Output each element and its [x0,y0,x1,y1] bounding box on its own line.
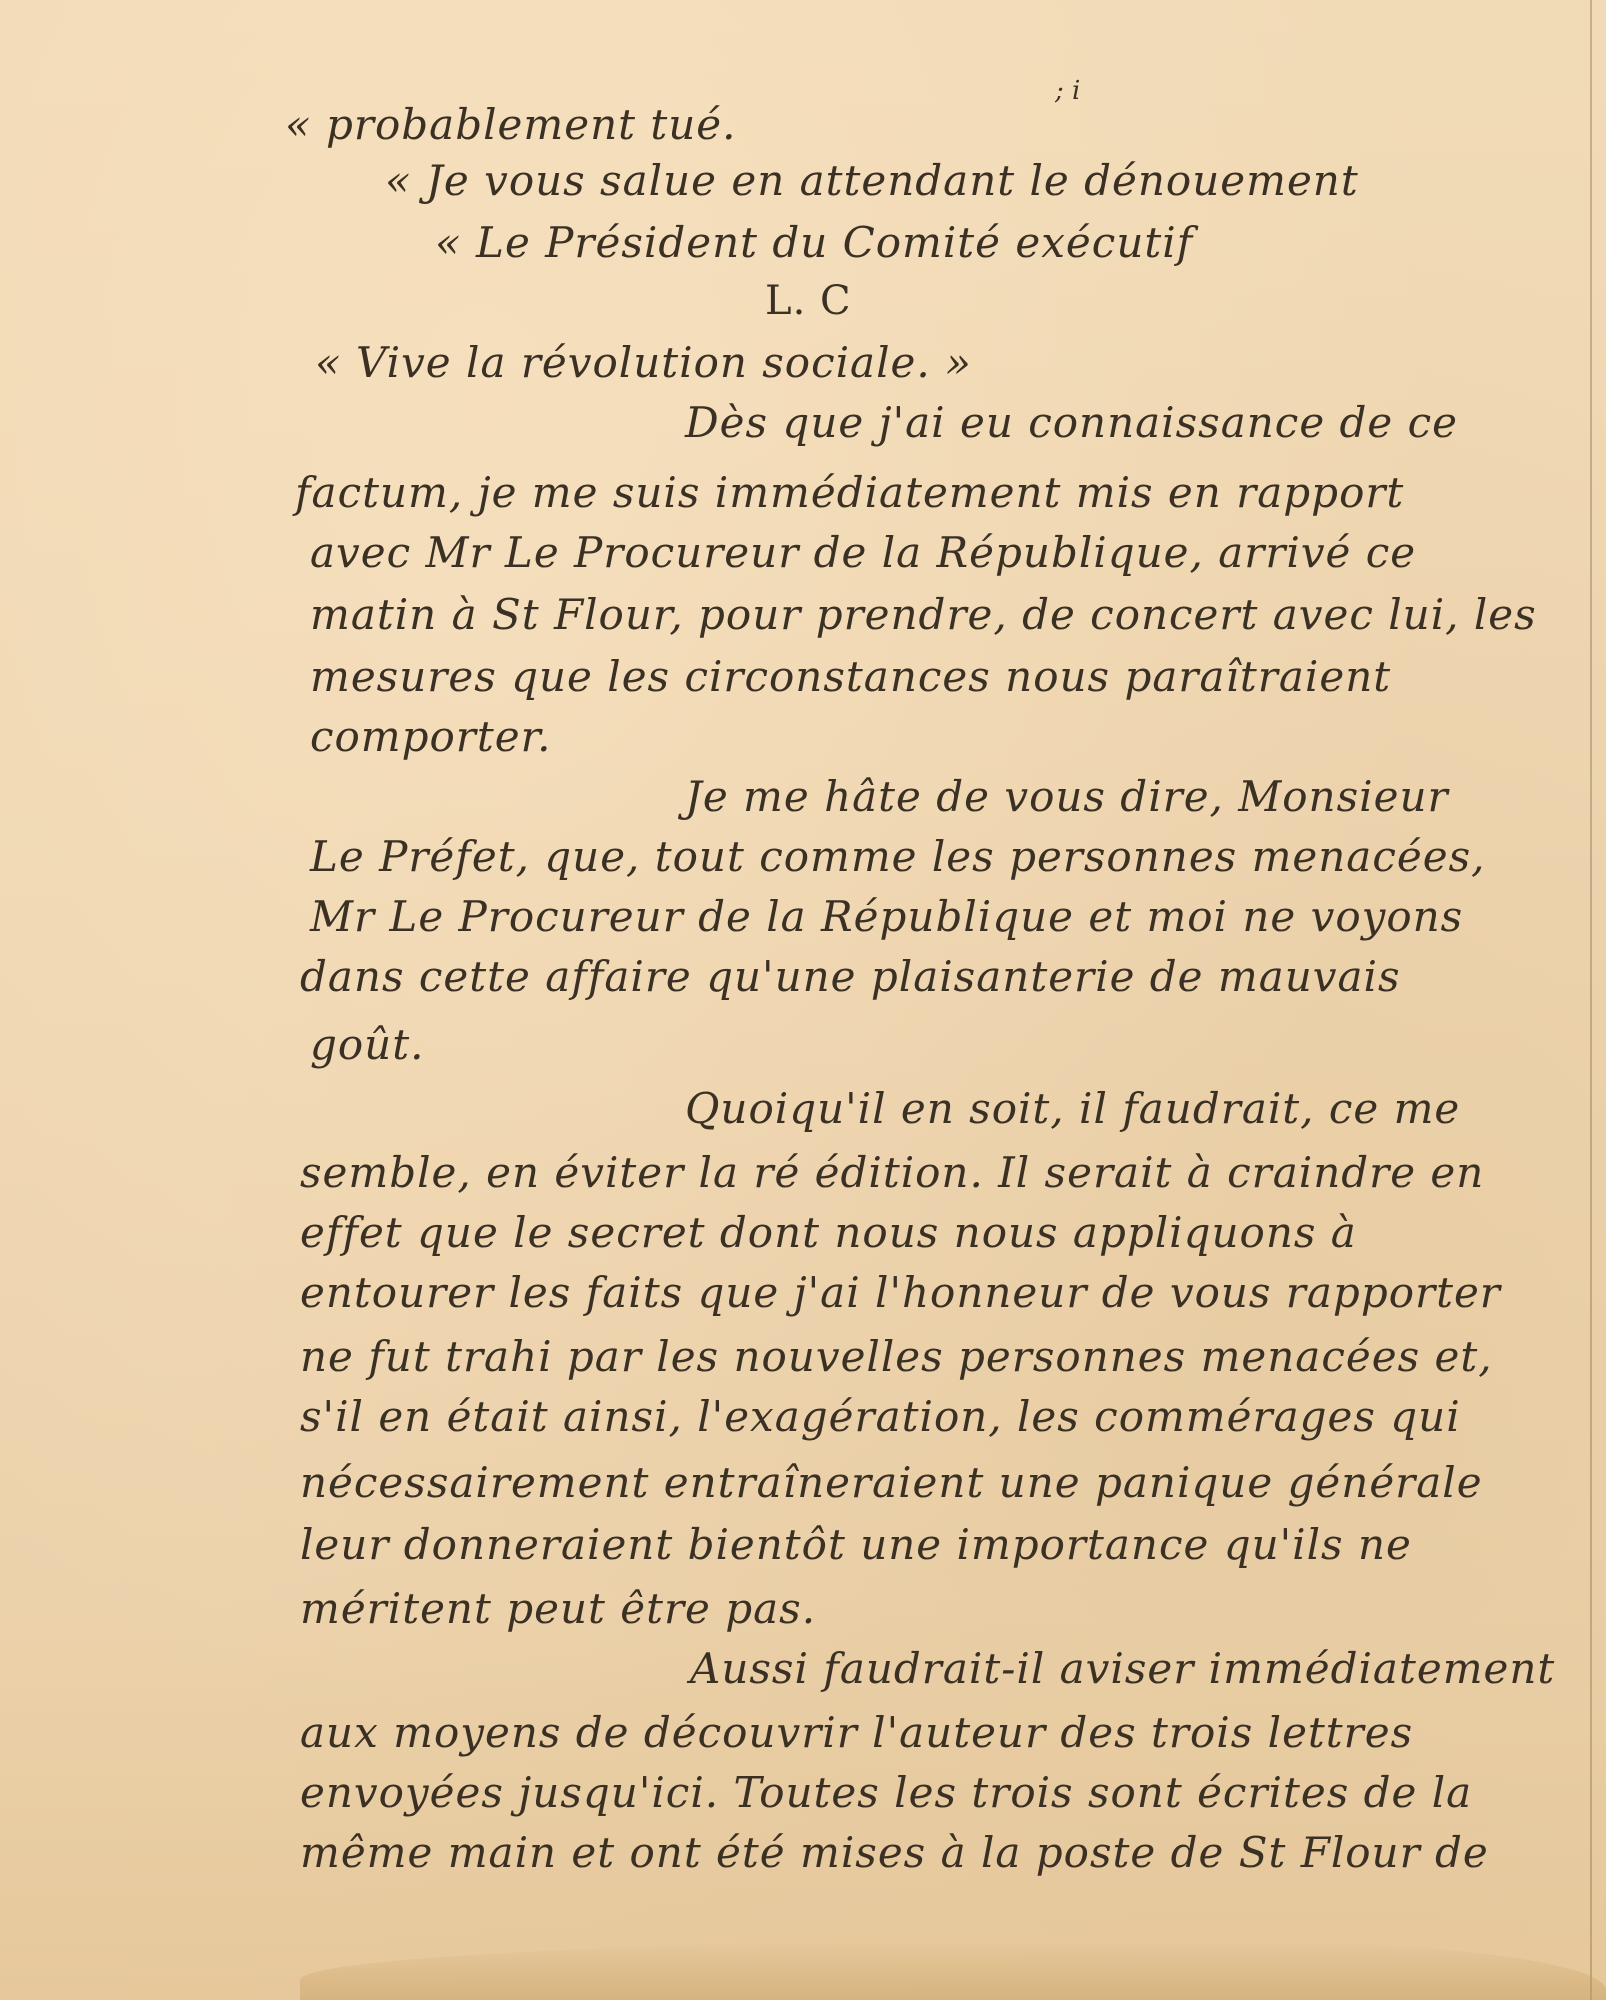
text-line: avec Mr Le Procureur de la République, a… [310,528,1416,577]
water-stain [300,1940,1606,2000]
text-line: même main et ont été mises à la poste de… [300,1828,1489,1877]
text-line: « Vive la révolution sociale. » [315,338,972,387]
text-line: semble, en éviter la ré édition. Il sera… [300,1148,1484,1197]
text-line: « Le Président du Comité exécutif [435,218,1193,267]
page-fold-line [1590,0,1592,2000]
text-line: aux moyens de découvrir l'auteur des tro… [300,1708,1413,1757]
text-line: Je me hâte de vous dire, Monsieur [685,772,1449,821]
text-line: effet que le secret dont nous nous appli… [300,1208,1357,1257]
text-line: Aussi faudrait-il aviser immédiatement [690,1644,1555,1693]
text-line: entourer les faits que j'ai l'honneur de… [300,1268,1501,1317]
text-line: comporter. [310,712,551,761]
text-line: « Je vous salue en attendant le dénoueme… [385,156,1359,205]
text-line: dans cette affaire qu'une plaisanterie d… [300,952,1401,1001]
text-line: Mr Le Procureur de la République et moi … [310,892,1463,941]
text-line: nécessairement entraîneraient une paniqu… [300,1458,1483,1507]
text-line: factum, je me suis immédiatement mis en … [295,468,1404,517]
text-line: Dès que j'ai eu connaissance de ce [685,398,1458,447]
manuscript-page: ; i « probablement tué. « Je vous salue … [0,0,1606,2000]
text-line: méritent peut être pas. [300,1584,816,1633]
signature-initials: L. C [765,278,852,324]
text-line: goût. [310,1020,424,1069]
text-line: mesures que les circonstances nous paraî… [310,652,1391,701]
text-line: Le Préfet, que, tout comme les personnes… [310,832,1486,881]
text-line: « probablement tué. [285,100,737,149]
text-line: Quoiqu'il en soit, il faudrait, ce me [685,1084,1460,1133]
text-line: leur donneraient bientôt une importance … [300,1520,1412,1569]
text-line: envoyées jusqu'ici. Toutes les trois son… [300,1768,1472,1817]
folio-mark: ; i [1055,76,1080,106]
text-line: matin à St Flour, pour prendre, de conce… [310,590,1537,639]
text-line: s'il en était ainsi, l'exagération, les … [300,1392,1461,1441]
text-line: ne fut trahi par les nouvelles personnes… [300,1332,1493,1381]
